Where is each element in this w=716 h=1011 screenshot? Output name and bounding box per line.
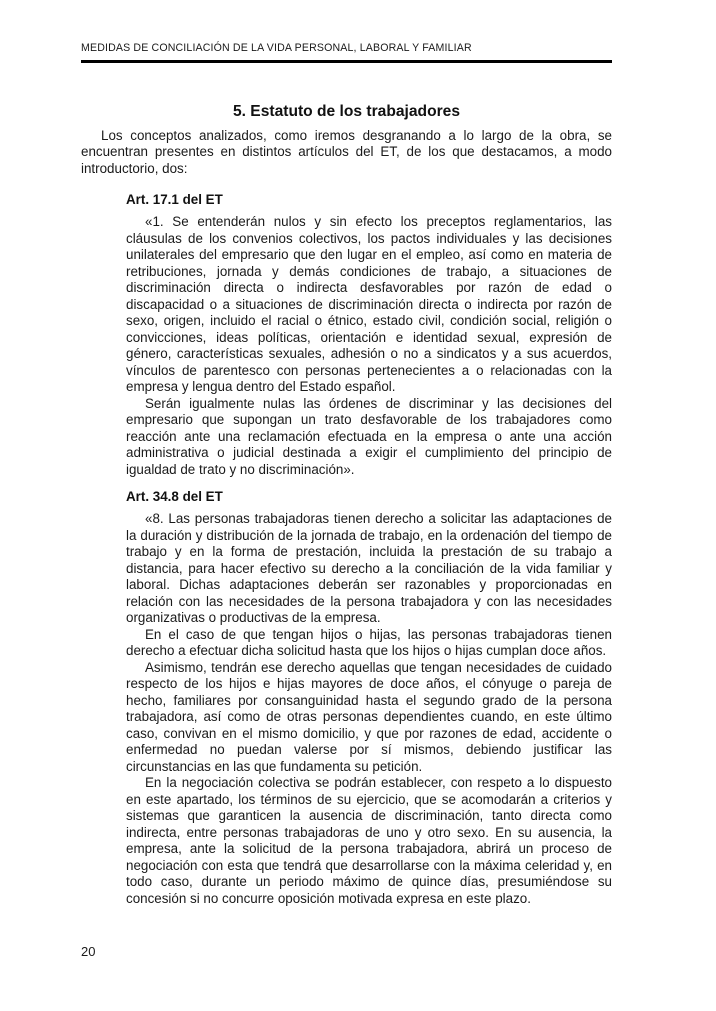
article-34-8: Art. 34.8 del ET «8. Las personas trabaj… xyxy=(126,488,612,907)
quote-paragraph: Asimismo, tendrán ese derecho aquellas q… xyxy=(126,660,612,776)
quote-paragraph: En el caso de que tengan hijos o hijas, … xyxy=(126,627,612,660)
article-34-8-heading: Art. 34.8 del ET xyxy=(126,488,612,505)
article-17-1-heading: Art. 17.1 del ET xyxy=(126,191,612,208)
header-rule xyxy=(81,60,612,63)
page-content: MEDIDAS DE CONCILIACIÓN DE LA VIDA PERSO… xyxy=(0,0,716,907)
chapter-title: 5. Estatuto de los trabajadores xyxy=(81,102,612,121)
page-header: MEDIDAS DE CONCILIACIÓN DE LA VIDA PERSO… xyxy=(81,42,612,63)
article-17-1: Art. 17.1 del ET «1. Se entenderán nulos… xyxy=(126,191,612,478)
page-number: 20 xyxy=(81,944,95,960)
quote-paragraph: Serán igualmente nulas las órdenes de di… xyxy=(126,396,612,479)
quote-paragraph: «8. Las personas trabajadoras tienen der… xyxy=(126,511,612,627)
book-page: MEDIDAS DE CONCILIACIÓN DE LA VIDA PERSO… xyxy=(0,0,716,1011)
intro-paragraph: Los conceptos analizados, como iremos de… xyxy=(81,128,612,178)
quote-paragraph: En la negociación colectiva se podrán es… xyxy=(126,775,612,907)
quote-paragraph: «1. Se entenderán nulos y sin efecto los… xyxy=(126,214,612,396)
running-header-title: MEDIDAS DE CONCILIACIÓN DE LA VIDA PERSO… xyxy=(81,42,612,55)
article-17-1-quote: «1. Se entenderán nulos y sin efecto los… xyxy=(126,214,612,478)
article-34-8-quote: «8. Las personas trabajadoras tienen der… xyxy=(126,511,612,907)
